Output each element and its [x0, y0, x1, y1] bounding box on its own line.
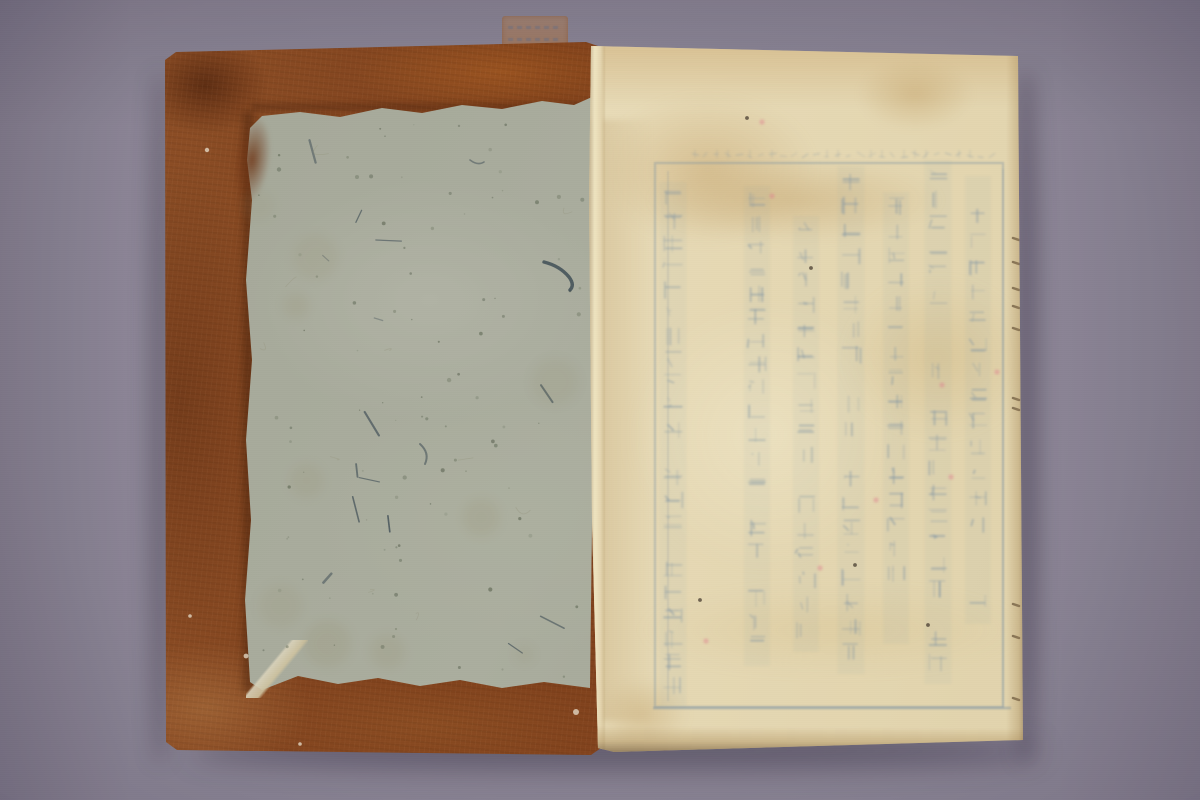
photo-vignette — [0, 0, 1200, 800]
